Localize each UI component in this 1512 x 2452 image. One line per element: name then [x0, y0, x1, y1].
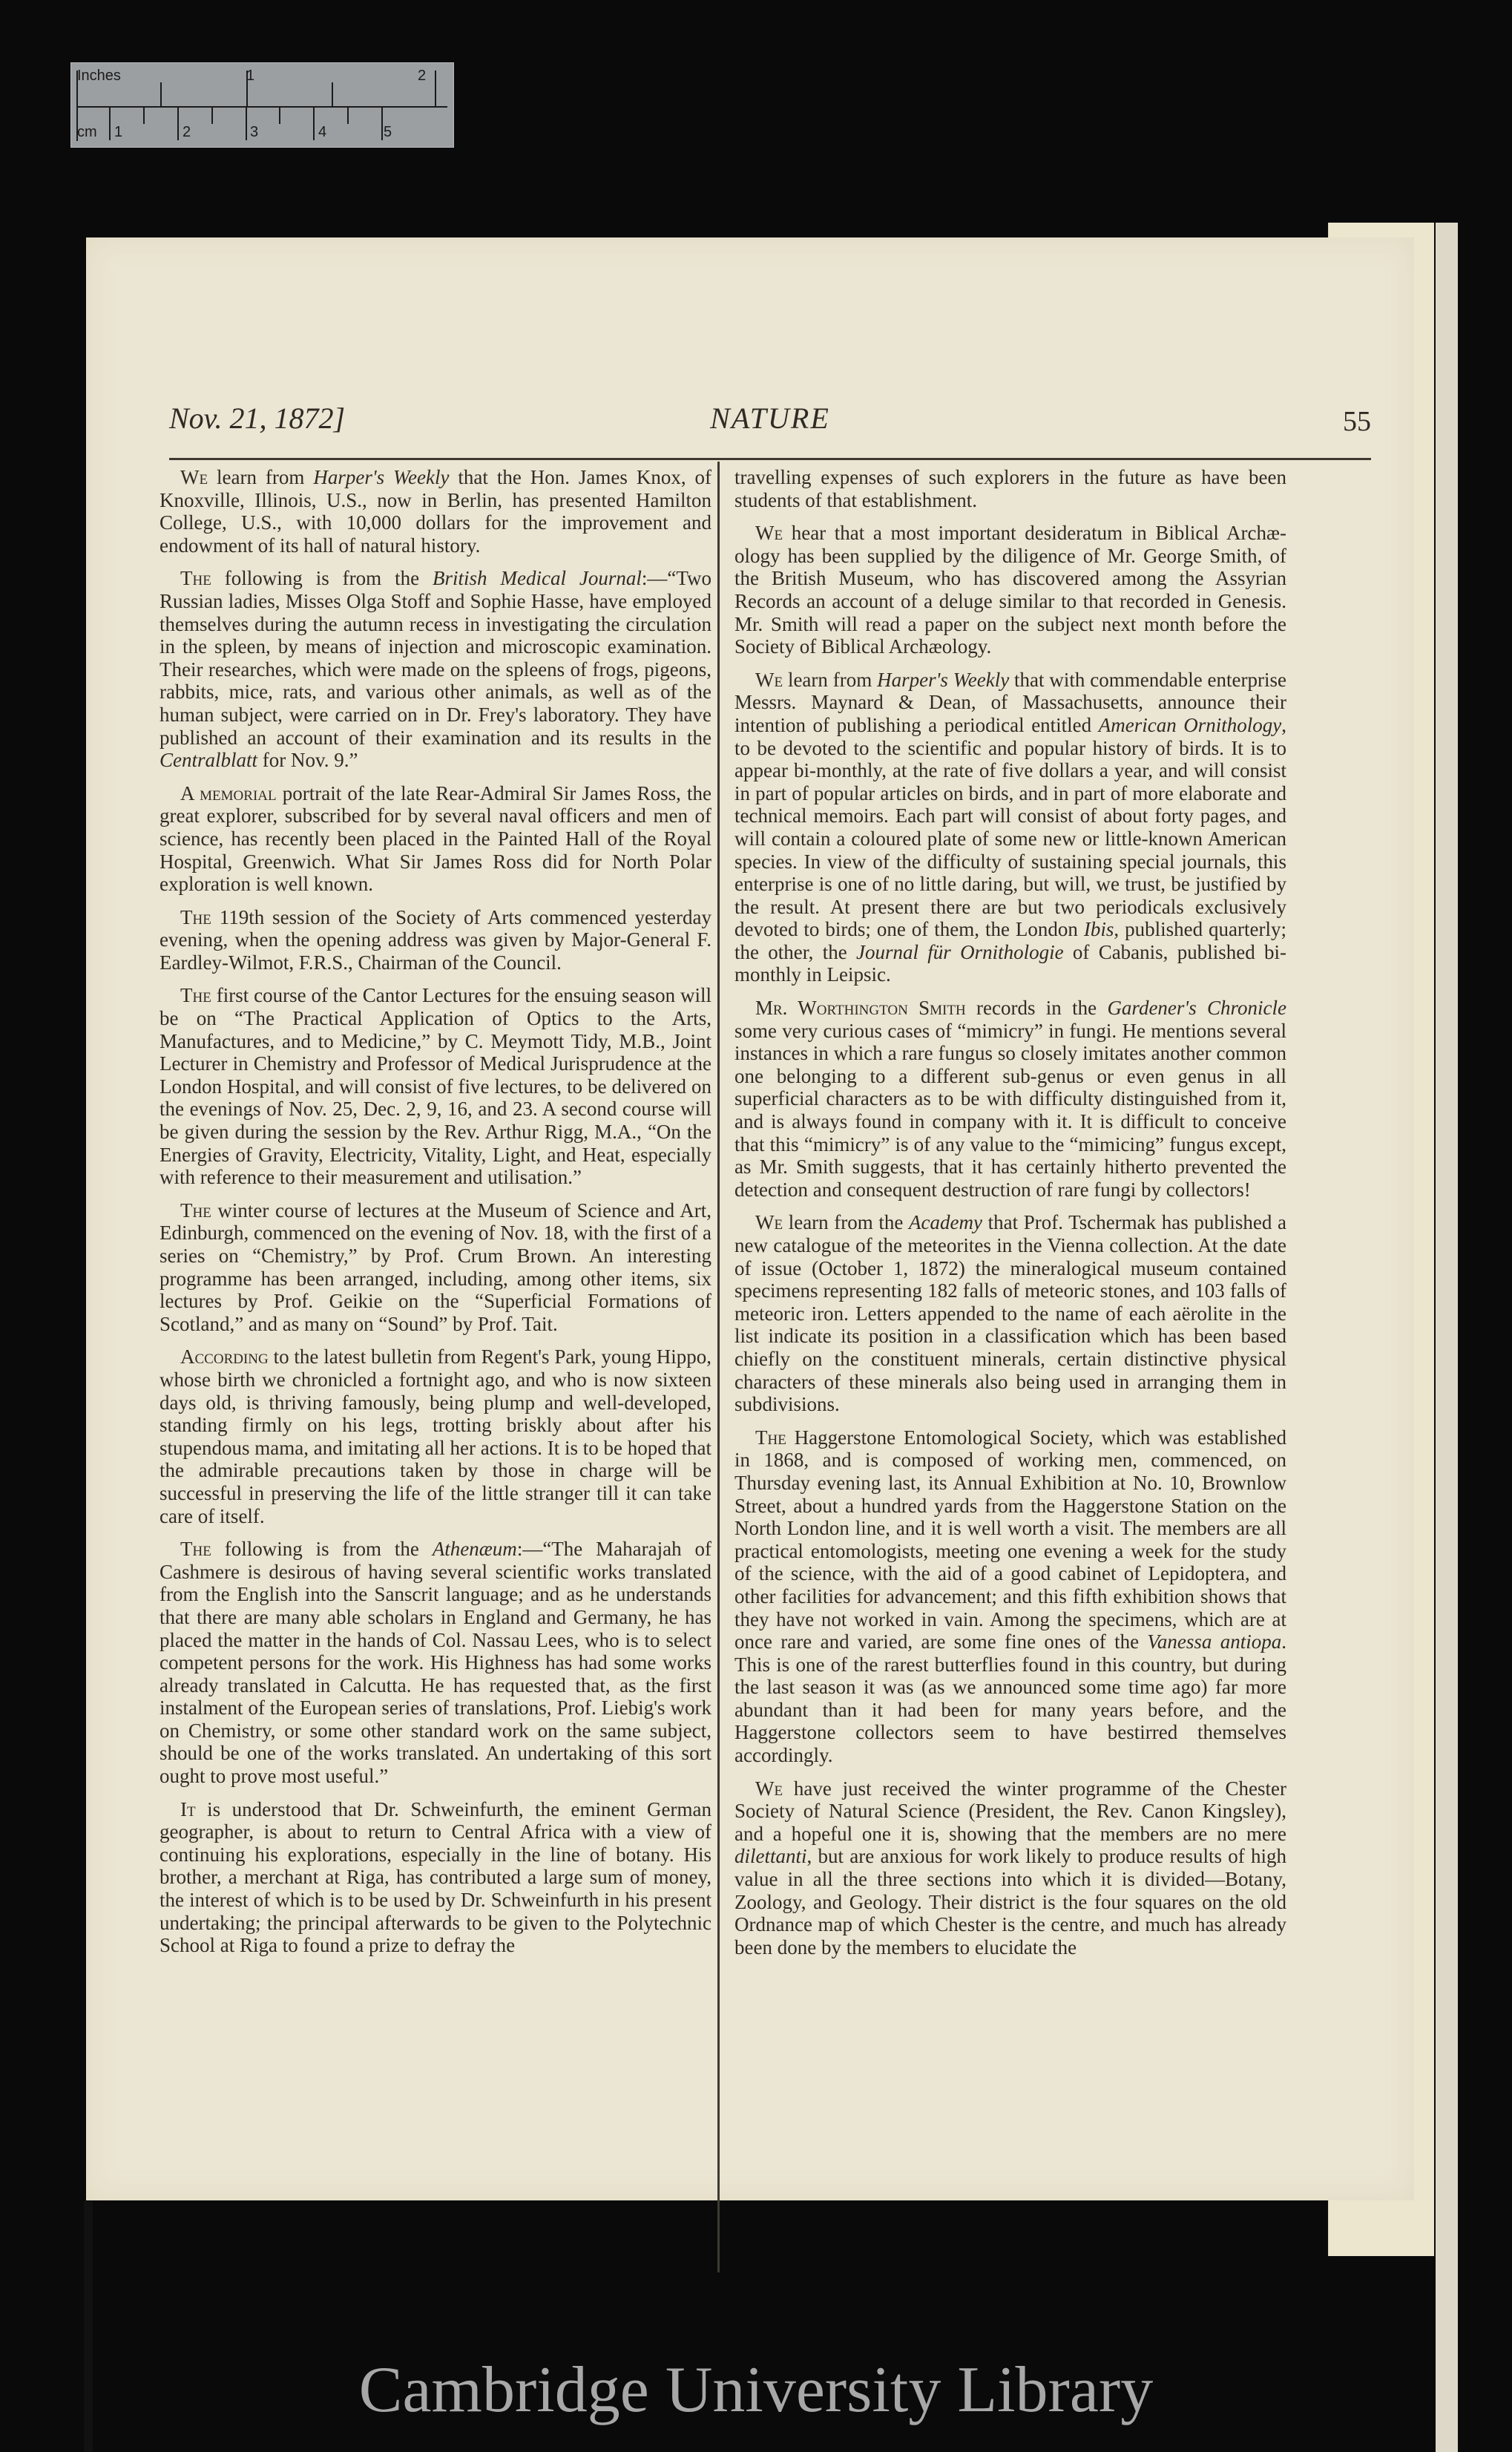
paragraph-text: to the latest bulletin from Regent's Par…: [160, 1345, 711, 1527]
page-number: 55: [1343, 405, 1371, 438]
ruler-tick: [332, 82, 333, 106]
news-paragraph: We learn from Harper's Weekly that with …: [734, 669, 1286, 986]
paragraph-text: :—“The Maharajah of Cashmere is desirous…: [160, 1538, 711, 1787]
paragraph-text: , but are anxious for work likely to pro…: [734, 1845, 1286, 1958]
paragraph-lead: Mr. Worthington Smith: [755, 997, 966, 1019]
italic-title: Academy: [909, 1211, 982, 1233]
scale-ruler: Inches cm 1 2 1 2 3 4 5: [70, 62, 454, 148]
paragraph-text: , to be devoted to the scientific and po…: [734, 714, 1286, 940]
paragraph-text: that Prof. Tschermak has pub­lished a ne…: [734, 1211, 1286, 1415]
journal-page: Nov. 21, 1872] NATURE 55 We learn from H…: [86, 237, 1414, 2200]
news-paragraph: travelling expenses of such explorers in…: [734, 466, 1286, 511]
italic-title: Harper's Weekly: [313, 466, 449, 488]
italic-title: British Medical Journal: [433, 567, 642, 589]
news-paragraph: We have just received the winter program…: [734, 1777, 1286, 1959]
paragraph-lead: The: [180, 1199, 211, 1222]
library-watermark: Cambridge University Library: [0, 2353, 1512, 2428]
news-paragraph: We hear that a most important desideratu…: [734, 522, 1286, 658]
italic-title: dilettanti: [734, 1845, 807, 1867]
paragraph-text: learn from the: [783, 1211, 909, 1233]
ruler-cm-mark: 5: [384, 124, 392, 141]
paragraph-lead: The: [180, 984, 211, 1006]
ruler-tick: [76, 71, 78, 141]
ruler-axis: [76, 106, 447, 108]
news-paragraph: The winter course of lectures at the Mus…: [160, 1199, 711, 1336]
news-paragraph: The 119th session of the Society of Arts…: [160, 906, 711, 974]
ruler-tick: [435, 71, 436, 106]
ruler-tick: [347, 106, 349, 124]
paragraph-lead: It: [180, 1798, 196, 1820]
paragraph-text: for Nov. 9.”: [257, 749, 358, 771]
news-paragraph: According to the latest bulletin from Re…: [160, 1345, 711, 1527]
ruler-tick: [246, 106, 247, 140]
italic-title: Centralblatt: [160, 749, 257, 771]
ruler-inch-mark: 2: [418, 68, 426, 85]
paragraph-text: some very curious cases of “mimicry” in …: [734, 1020, 1286, 1201]
ruler-tick: [109, 106, 111, 140]
paragraph-lead: According: [180, 1345, 269, 1368]
italic-title: Journal für Ornithologie: [856, 941, 1064, 963]
news-paragraph: The first course of the Cantor Lectures …: [160, 984, 711, 1188]
ruler-tick: [381, 106, 383, 140]
ruler-tick: [279, 106, 280, 124]
ruler-inches-label: Inches: [77, 68, 121, 85]
italic-title: Athenæum: [433, 1538, 517, 1560]
italic-title: American Orni­thology: [1099, 714, 1282, 736]
paragraph-lead: We: [755, 1777, 783, 1800]
paragraph-text: :—“Two Russian ladies, Misses Olga Stoff…: [160, 567, 711, 748]
paragraph-text: is understood that Dr. Schweinfurth, the…: [160, 1798, 711, 1957]
ruler-tick: [211, 106, 213, 124]
paragraph-lead: We: [180, 466, 208, 488]
running-header: Nov. 21, 1872] NATURE 55: [169, 401, 1371, 445]
paragraph-text: learn from: [208, 466, 313, 488]
italic-title: Gardener's Chronicle: [1107, 997, 1286, 1019]
news-paragraph: We learn from Harper's Weekly that the H…: [160, 466, 711, 557]
paragraph-text: winter course of lectures at the Museum …: [160, 1199, 711, 1335]
news-paragraph: It is understood that Dr. Schweinfurth, …: [160, 1798, 711, 1957]
paragraph-text: following is from the: [211, 1538, 433, 1560]
news-paragraph: The following is from the Athenæum:—“The…: [160, 1538, 711, 1788]
italic-title: Ibis: [1084, 918, 1114, 940]
news-paragraph: The following is from the British Medica…: [160, 567, 711, 771]
paragraph-lead: We: [755, 1211, 783, 1233]
paragraph-lead: The: [180, 906, 211, 928]
paragraph-text: 119th session of the Society of Arts com…: [160, 906, 711, 974]
news-paragraph: The Haggerstone Entomological Society, w…: [734, 1426, 1286, 1767]
ruler-cm-mark: 4: [318, 124, 326, 141]
paragraph-text: travelling expenses of such explorers in…: [734, 466, 1286, 511]
header-rule: [169, 458, 1371, 460]
paragraph-text: following is from the: [211, 567, 433, 589]
ruler-cm-label: cm: [77, 124, 97, 141]
left-column: We learn from Harper's Weekly that the H…: [160, 466, 711, 1967]
column-rule: [717, 462, 720, 2272]
paragraph-text: learn from: [783, 669, 877, 691]
paragraph-lead: A memorial: [180, 782, 277, 804]
news-paragraph: We learn from the Academy that Prof. Tsc…: [734, 1211, 1286, 1415]
ruler-cm-mark: 1: [114, 124, 122, 141]
ruler-tick: [246, 71, 248, 106]
paragraph-text: first course of the Cantor Lectures for …: [160, 984, 711, 1188]
paragraph-text: hear that a most important desideratum i…: [734, 522, 1286, 658]
paragraph-lead: The: [180, 567, 211, 589]
ruler-cm-mark: 2: [183, 124, 191, 141]
paragraph-text: have just received the winter programme …: [734, 1777, 1286, 1845]
news-paragraph: Mr. Worthington Smith records in the Gar…: [734, 997, 1286, 1201]
ruler-cm-mark: 3: [250, 124, 258, 141]
paragraph-text: records in the: [966, 997, 1108, 1019]
italic-title: Harper's Weekly: [877, 669, 1009, 691]
paragraph-lead: The: [755, 1426, 786, 1449]
news-paragraph: A memorial portrait of the late Rear-Adm…: [160, 782, 711, 896]
italic-title: Vanessa antiopa: [1147, 1630, 1281, 1653]
paragraph-lead: The: [180, 1538, 211, 1560]
ruler-tick: [160, 82, 162, 106]
journal-title: NATURE: [169, 401, 1371, 436]
paragraph-lead: We: [755, 669, 783, 691]
paragraph-lead: We: [755, 522, 783, 544]
ruler-tick: [143, 106, 145, 124]
ruler-tick: [313, 106, 315, 140]
right-column: travelling expenses of such explorers in…: [734, 466, 1286, 1969]
backing-sheet-edge: [1436, 223, 1458, 2452]
ruler-tick: [177, 106, 179, 140]
paragraph-text: Haggerstone Entomological Society, which…: [734, 1426, 1286, 1653]
